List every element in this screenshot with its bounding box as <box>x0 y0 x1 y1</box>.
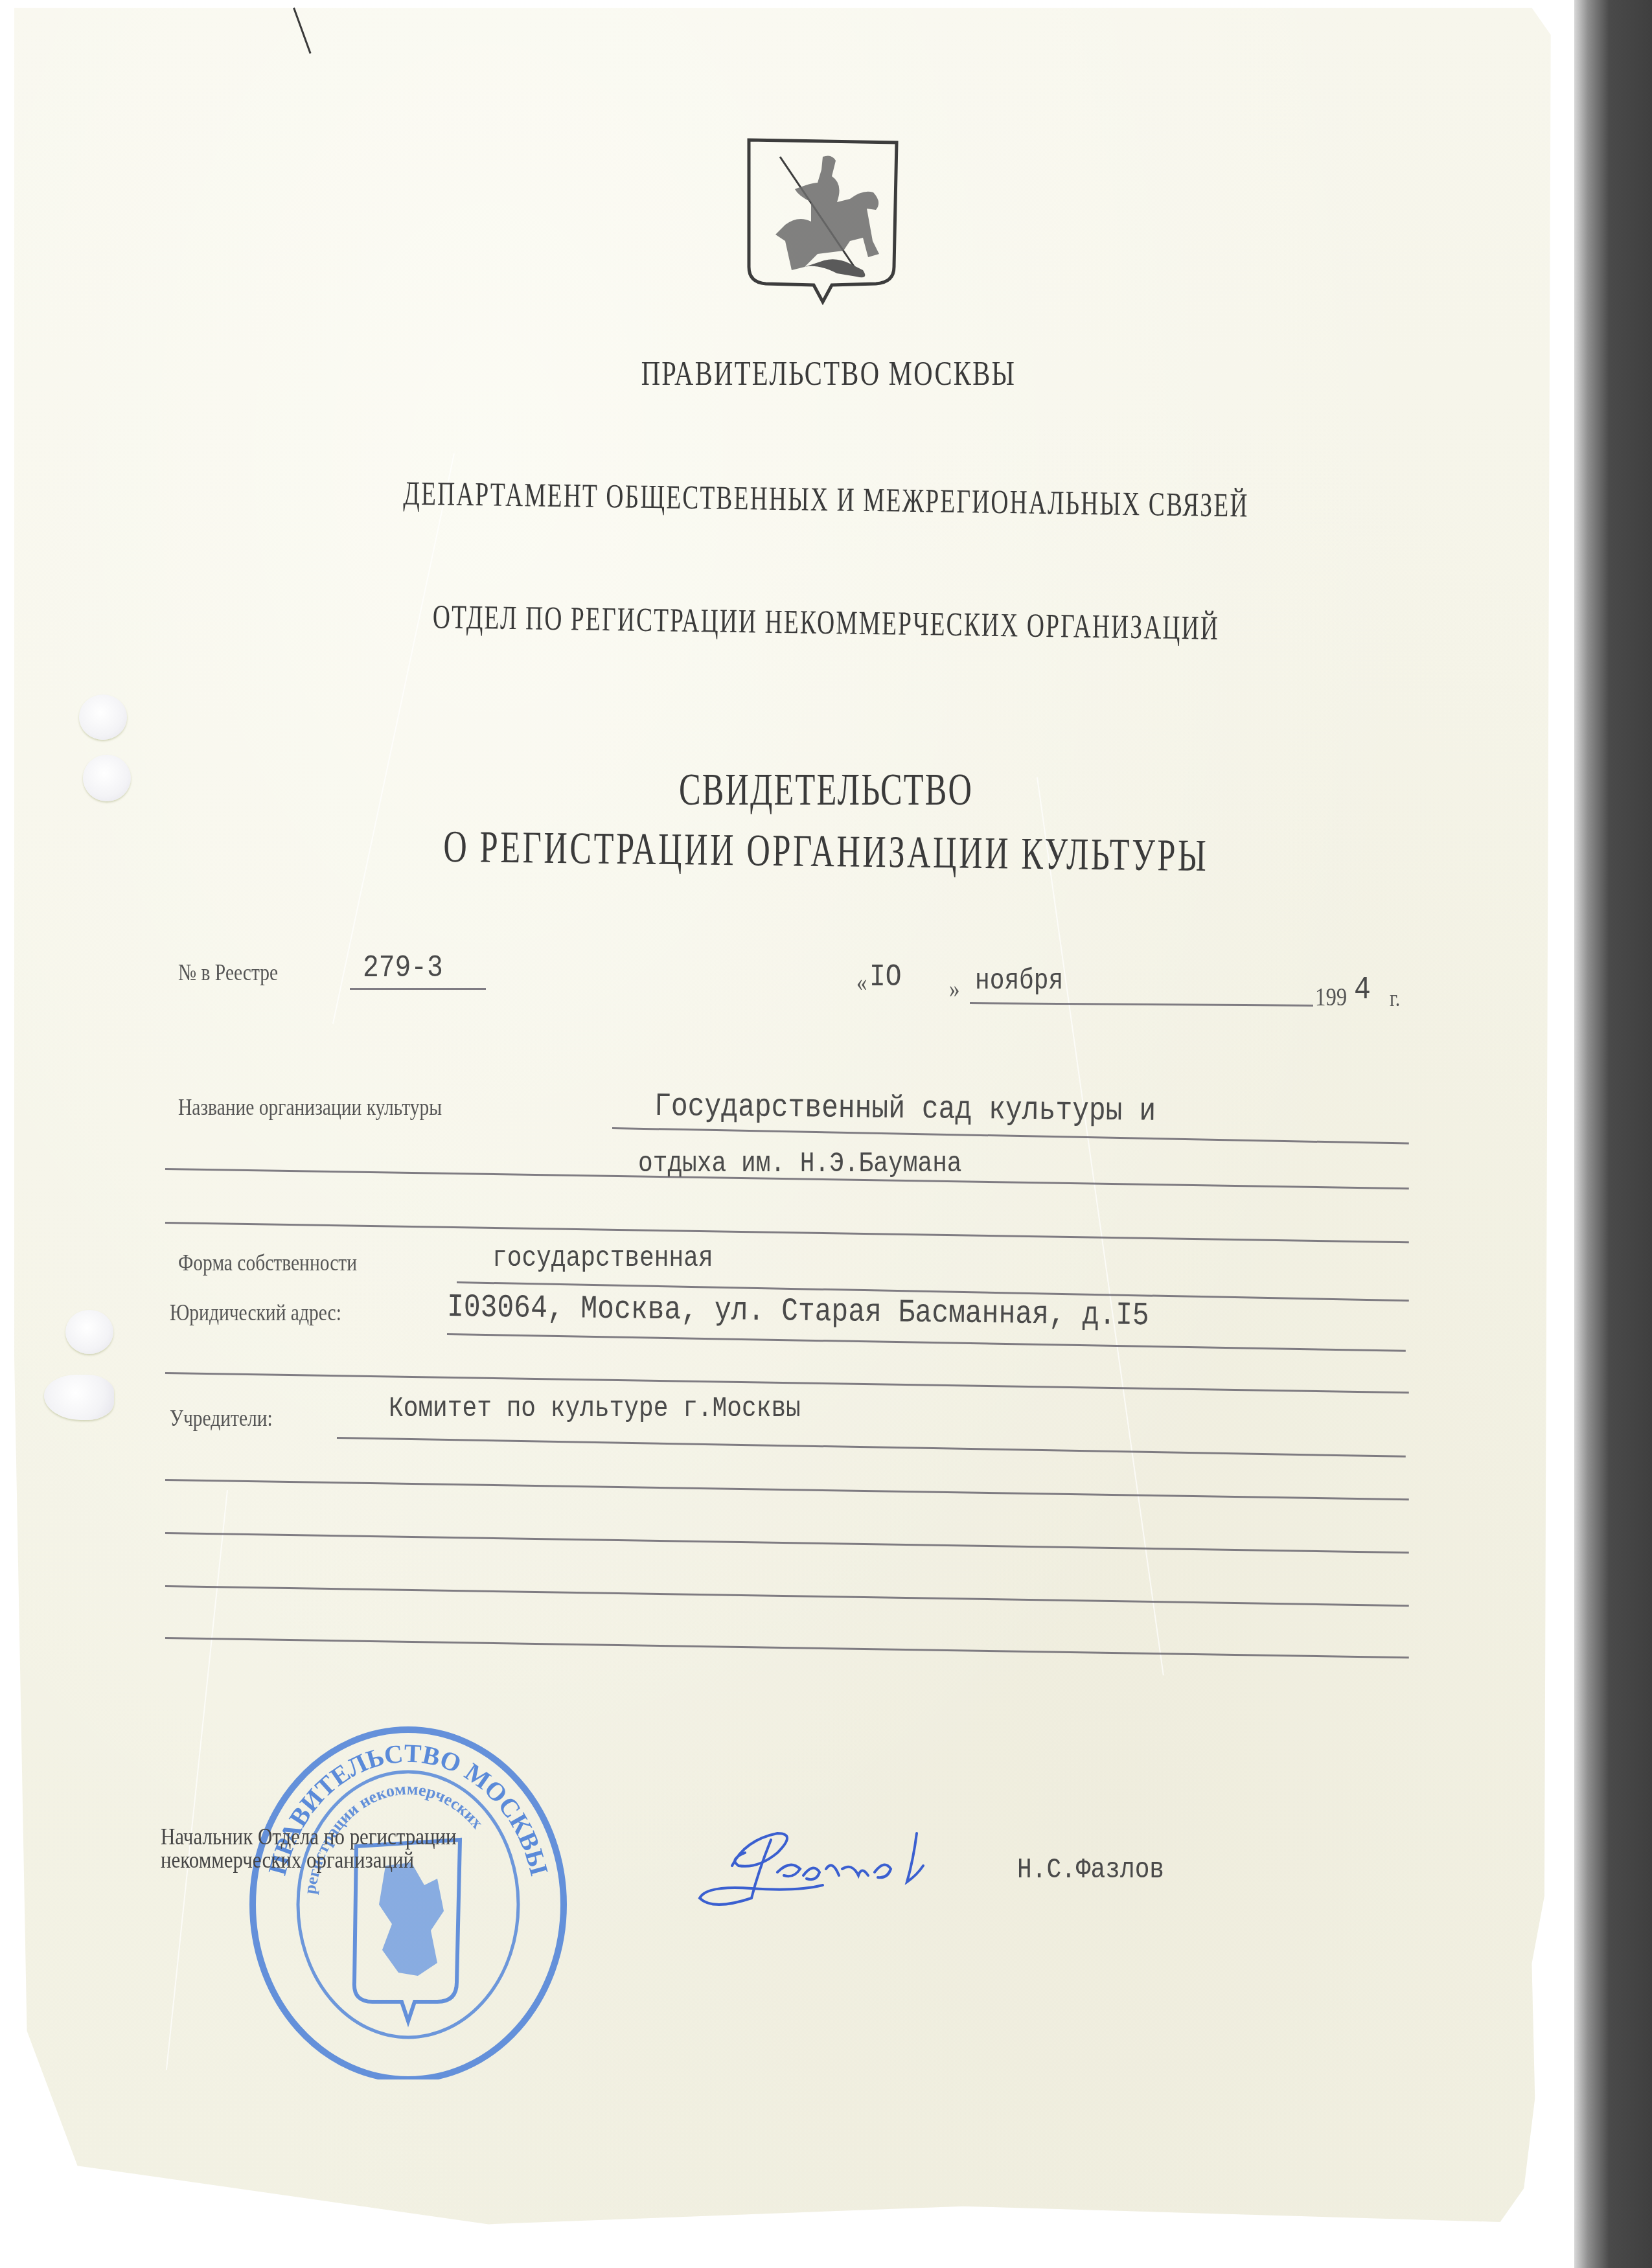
date-open-quote: « <box>856 967 867 997</box>
punch-hole <box>65 1310 113 1354</box>
founders-value: Комитет по культуре г.Москвы <box>389 1393 801 1425</box>
date-year-suffix: 4 <box>1354 972 1371 1009</box>
scanner-background <box>1574 0 1652 2268</box>
moscow-coat-of-arms-icon <box>746 137 899 312</box>
punch-hole <box>83 755 131 801</box>
official-stamp-icon: ПРАВИТЕЛЬСТВО МОСКВЫ регистрации некомме… <box>243 1717 573 2079</box>
date-day: IO <box>869 960 902 995</box>
org-name-line1: Государственный сад культуры и <box>654 1088 1156 1130</box>
date-close-quote: » <box>949 973 959 1003</box>
ownership-value: государственная <box>492 1243 713 1275</box>
registry-label: № в Реестре <box>178 959 278 986</box>
founders-label: Учредители: <box>170 1404 273 1432</box>
legal-address-label: Юридический адрес: <box>170 1299 341 1326</box>
government-heading: ПРАВИТЕЛЬСТВО МОСКВЫ <box>185 355 1473 393</box>
registry-number: 279-3 <box>363 951 443 986</box>
punch-hole <box>79 694 127 740</box>
date-year-unit: г. <box>1390 985 1400 1012</box>
org-name-label: Название организации культуры <box>178 1094 442 1121</box>
date-month: ноября <box>975 965 1063 998</box>
signatory-title-line1: Начальник Отдела по регистрации <box>161 1825 457 1848</box>
ownership-label: Форма собственности <box>178 1249 357 1276</box>
certificate-title: СВИДЕТЕЛЬСТВО <box>231 764 1421 816</box>
date-year-prefix: 199 <box>1315 981 1347 1012</box>
signer-name: Н.С.Фазлов <box>1017 1854 1164 1886</box>
scanner-top-margin <box>0 0 1652 8</box>
signatory-title-line2: некоммерческих организаций <box>161 1848 414 1872</box>
handwritten-signature-icon <box>693 1814 991 1918</box>
registry-underline <box>350 988 486 990</box>
org-name-line2: отдыха им. Н.Э.Баумана <box>638 1148 962 1180</box>
